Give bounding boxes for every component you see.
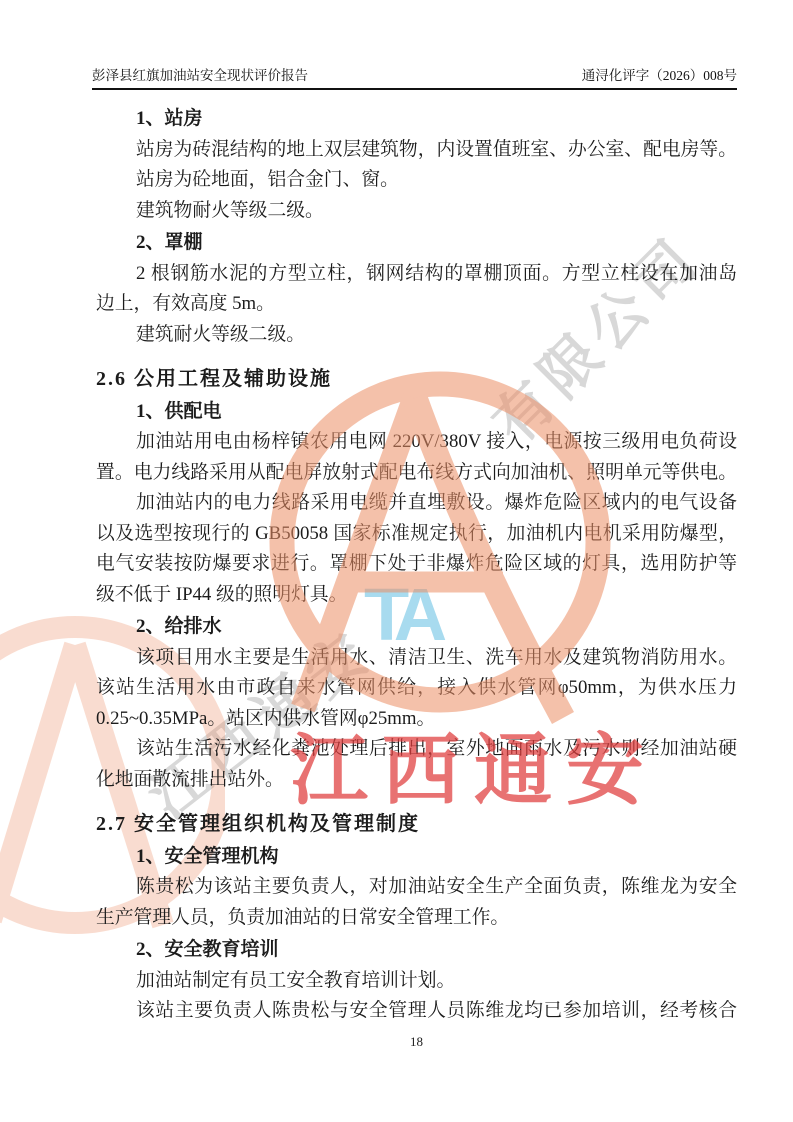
header-rule bbox=[92, 88, 737, 90]
header-doc-number: 通浔化评字（2026）008号 bbox=[582, 64, 737, 84]
body-line: 2 根钢筋水泥的方型立柱，钢网结构的罩棚顶面。方型立柱设在加油岛 bbox=[96, 259, 737, 290]
body-line: 2、安全教育培训 bbox=[96, 935, 737, 966]
body-line: 边上，有效高度 5m。 bbox=[96, 289, 737, 320]
body-line: 2、罩棚 bbox=[96, 228, 737, 259]
header-report-title: 彭泽县红旗加油站安全现状评价报告 bbox=[92, 64, 308, 84]
body-line: 该站生活用水由市政自来水管网供给，接入供水管网φ50mm，为供水压力 bbox=[96, 673, 737, 704]
body-line: 级不低于 IP44 级的照明灯具。 bbox=[96, 580, 737, 611]
body-line: 1、安全管理机构 bbox=[96, 842, 737, 873]
page-number: 18 bbox=[96, 1034, 737, 1050]
body-line: 加油站制定有员工安全教育培训计划。 bbox=[96, 966, 737, 997]
red-company-stamp: 江西通安 bbox=[290, 708, 658, 820]
body-line: 站房为砼地面，铝合金门、窗。 bbox=[96, 165, 737, 196]
body-line: 建筑物耐火等级二级。 bbox=[96, 196, 737, 227]
body-line: 1、站房 bbox=[96, 104, 737, 135]
body-line: 以及选型按现行的 GB50058 国家标准规定执行，加油机内电机采用防爆型， bbox=[96, 519, 737, 550]
page-header: 彭泽县红旗加油站安全现状评价报告 通浔化评字（2026）008号 bbox=[92, 64, 737, 84]
document-body: 1、站房站房为砖混结构的地上双层建筑物，内设置值班室、办公室、配电房等。站房为砼… bbox=[96, 92, 737, 1027]
body-line: 电气安装按防爆要求进行。罩棚下处于非爆炸危险区域的灯具，选用防护等 bbox=[96, 549, 737, 580]
body-line: 2、给排水 bbox=[96, 612, 737, 643]
body-line: 1、供配电 bbox=[96, 397, 737, 428]
body-line: 加油站用电由杨梓镇农用电网 220V/380V 接入，电源按三级用电负荷设 bbox=[96, 427, 737, 458]
body-line: 该站主要负责人陈贵松与安全管理人员陈维龙均已参加培训，经考核合 bbox=[96, 996, 737, 1027]
body-line: 生产管理人员，负责加油站的日常安全管理工作。 bbox=[96, 903, 737, 934]
body-line: 2.6 公用工程及辅助设施 bbox=[96, 364, 737, 395]
body-line: 建筑耐火等级二级。 bbox=[96, 320, 737, 351]
body-line: 置。电力线路采用从配电屏放射式配电布线方式向加油机、照明单元等供电。 bbox=[96, 458, 737, 489]
body-line: 加油站内的电力线路采用电缆并直埋敷设。爆炸危险区域内的电气设备 bbox=[96, 488, 737, 519]
report-page: 江西通安 有限公司 TA 彭泽县红旗加油站安全现状评价报告 通浔化评字（2026… bbox=[0, 0, 793, 1122]
body-line: 陈贵松为该站主要负责人，对加油站安全生产全面负责，陈维龙为安全 bbox=[96, 872, 737, 903]
body-line: 站房为砖混结构的地上双层建筑物，内设置值班室、办公室、配电房等。 bbox=[96, 135, 737, 166]
body-line: 该项目用水主要是生活用水、清洁卫生、洗车用水及建筑物消防用水。 bbox=[96, 643, 737, 674]
